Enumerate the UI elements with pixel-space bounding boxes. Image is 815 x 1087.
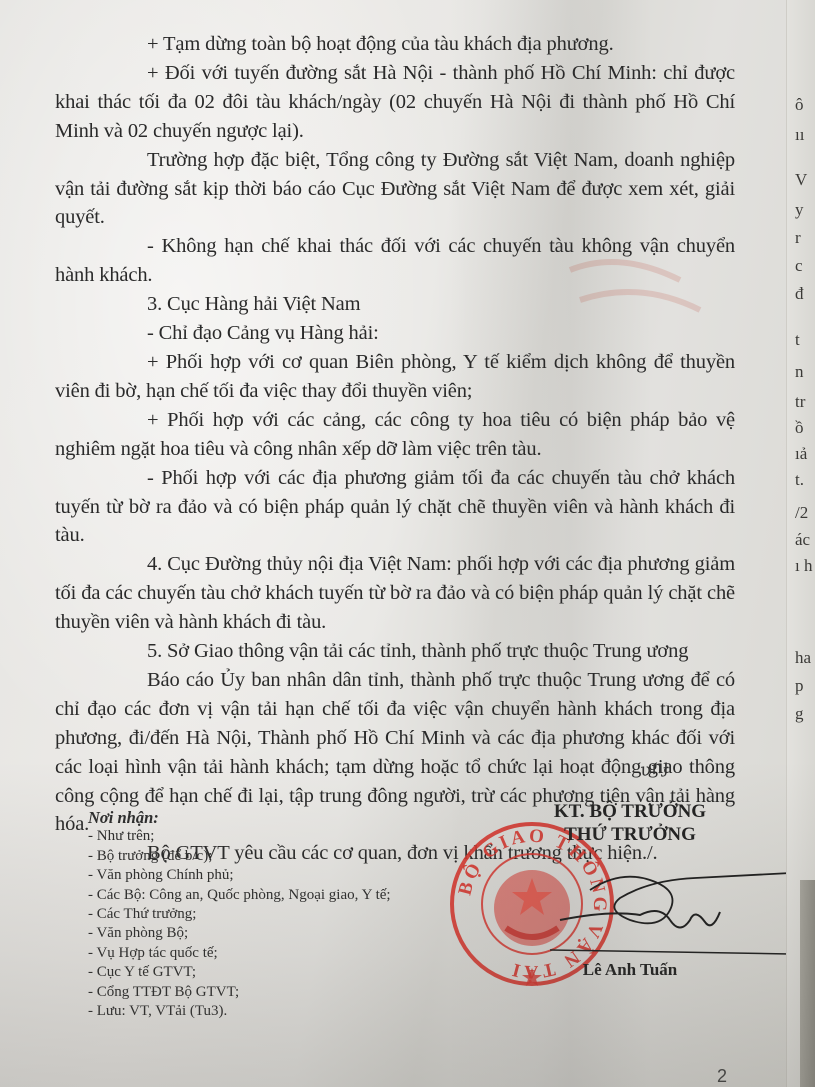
adjacent-page-text: t bbox=[795, 330, 800, 350]
document-body: + Tạm dừng toàn bộ hoạt động của tàu khá… bbox=[55, 30, 735, 868]
adjacent-page-text: g bbox=[795, 704, 804, 724]
adjacent-page-text: ha bbox=[795, 648, 811, 668]
faint-stamp-mark bbox=[560, 240, 710, 330]
handwritten-signature bbox=[520, 850, 815, 960]
adjacent-page-text: y bbox=[795, 200, 804, 220]
paragraph: + Tạm dừng toàn bộ hoạt động của tàu khá… bbox=[55, 30, 735, 59]
recipient-item: - Lưu: VT, VTải (Tu3). bbox=[88, 1002, 391, 1021]
recipients-list: Nơi nhận: - Như trên;- Bộ trưởng (để b/c… bbox=[88, 808, 391, 1021]
adjacent-page-text: /2 bbox=[795, 503, 808, 523]
paragraph: - Phối hợp với các địa phương giảm tối đ… bbox=[55, 464, 735, 551]
adjacent-page-text: p bbox=[795, 676, 804, 696]
paragraph: + Phối hợp với các cảng, các công ty hoa… bbox=[55, 406, 735, 464]
adjacent-page-text: đ bbox=[795, 284, 804, 304]
recipient-item: - Văn phòng Bộ; bbox=[88, 924, 391, 943]
recipient-items: - Như trên;- Bộ trưởng (để b/c);- Văn ph… bbox=[88, 827, 391, 1021]
signature-block: KT. BỘ TRƯỞNG THỨ TRƯỞNG bbox=[535, 800, 725, 846]
signer-role-line2: THỨ TRƯỞNG bbox=[535, 823, 725, 846]
paragraph: Trường hợp đặc biệt, Tổng công ty Đường … bbox=[55, 146, 735, 233]
paragraph: + Phối hợp với cơ quan Biên phòng, Y tế … bbox=[55, 348, 735, 406]
recipient-item: - Vụ Hợp tác quốc tế; bbox=[88, 944, 391, 963]
adjacent-page-text: ı h bbox=[795, 556, 812, 576]
paragraph: + Đối với tuyến đường sắt Hà Nội - thành… bbox=[55, 59, 735, 146]
adjacent-page-text: V bbox=[795, 170, 807, 190]
paragraph: 5. Sở Giao thông vận tải các tỉnh, thành… bbox=[55, 637, 735, 666]
adjacent-page-text: n bbox=[795, 362, 804, 382]
recipient-item: - Cổng TTĐT Bộ GTVT; bbox=[88, 983, 391, 1002]
adjacent-page-text: ô bbox=[795, 95, 804, 115]
signer-role-line1: KT. BỘ TRƯỞNG bbox=[535, 800, 725, 823]
page-number: 2 bbox=[717, 1066, 727, 1087]
adjacent-page-shadow bbox=[800, 880, 815, 1087]
paragraph: 4. Cục Đường thủy nội địa Việt Nam: phối… bbox=[55, 550, 735, 637]
adjacent-page-text: r bbox=[795, 228, 801, 248]
adjacent-page-text: ồ bbox=[795, 418, 804, 438]
recipient-item: - Các Bộ: Công an, Quốc phòng, Ngoại gia… bbox=[88, 886, 391, 905]
document-page: + Tạm dừng toàn bộ hoạt động của tàu khá… bbox=[0, 0, 790, 1087]
adjacent-page-text: c bbox=[795, 256, 803, 276]
recipient-item: - Như trên; bbox=[88, 827, 391, 846]
recipient-item: - Cục Y tế GTVT; bbox=[88, 963, 391, 982]
recipients-title: Nơi nhận: bbox=[88, 808, 391, 827]
adjacent-page-text: ác bbox=[795, 530, 810, 550]
adjacent-page-text: t. bbox=[795, 470, 804, 490]
recipient-item: - Các Thứ trưởng; bbox=[88, 905, 391, 924]
adjacent-page-text: ıả bbox=[795, 444, 807, 464]
recipient-item: - Bộ trưởng (để b/c); bbox=[88, 847, 391, 866]
adjacent-page-text: ıı bbox=[795, 125, 804, 145]
adjacent-page-text: tr bbox=[795, 392, 805, 412]
recipient-item: - Văn phòng Chính phủ; bbox=[88, 866, 391, 885]
signer-name: Lê Anh Tuấn bbox=[555, 960, 705, 980]
